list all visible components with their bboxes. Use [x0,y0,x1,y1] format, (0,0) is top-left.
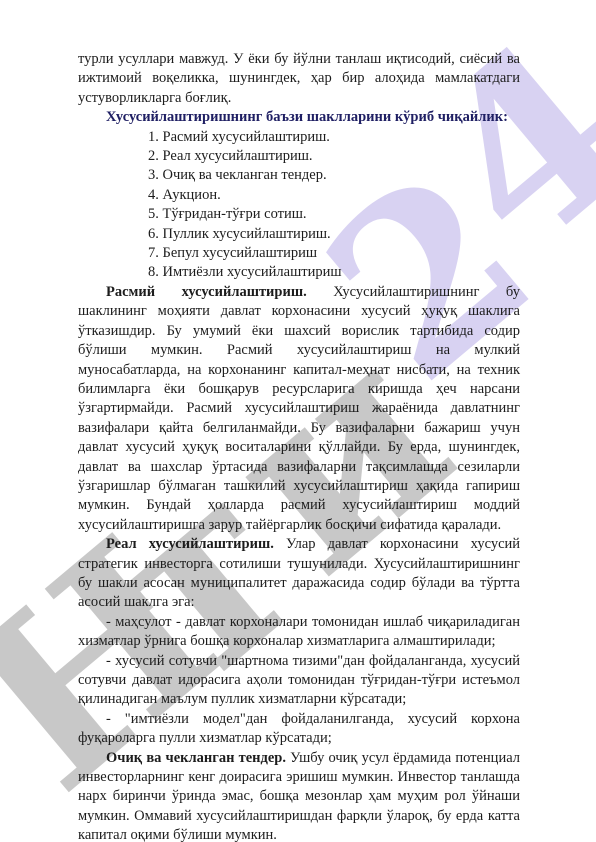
list-item: 5. Тўғридан-тўғри сотиш. [78,205,520,224]
paragraph-lead: Расмий хусусийлаштириш. [106,284,307,300]
paragraph-lead: Реал хусусийлаштириш. [106,536,274,552]
bullet-paragraph: - хусусий сотувчи "шартнома тизими"дан ф… [78,652,520,710]
list-item: 4. Аукцион. [78,186,520,205]
list-item: 2. Реал хусусийлаштириш. [78,147,520,166]
list-item: 7. Бепул хусусийлаштириш [78,244,520,263]
list-item: 1. Расмий хусусийлаштириш. [78,128,520,147]
paragraph-real: Реал хусусийлаштириш. Улар давлат корхон… [78,535,520,613]
bullet-paragraph: - маҳсулот - давлат корхоналари томонида… [78,613,520,652]
paragraph-text: Хусусийлаштиришнинг бу шаклининг моҳияти… [78,284,520,533]
paragraph-ochiq: Очиқ ва чекланган тендер. Ушбу очиқ усул… [78,749,520,842]
bullet-paragraph: - "имтиёзли модел"дан фойдаланилганда, х… [78,710,520,749]
list-item: 3. Очиқ ва чекланган тендер. [78,166,520,185]
paragraph-lead: Очиқ ва чекланган тендер. [106,750,286,766]
list-item: 6. Пуллик хусусийлаштириш. [78,225,520,244]
list-item: 8. Имтиёзли хусусийлаштириш [78,263,520,282]
paragraph-rasmiy: Расмий хусусийлаштириш. Хусусийлаштиришн… [78,283,520,535]
intro-paragraph: турли усуллари мавжуд. У ёки бу йўлни та… [78,50,520,108]
section-heading: Хусусийлаштиришнинг баъзи шаклларини кўр… [78,108,520,127]
document-page: { "colors": { "body_text": "#1c1c1c", "h… [0,0,596,842]
page-body-text: турли усуллари мавжуд. У ёки бу йўлни та… [78,50,520,842]
